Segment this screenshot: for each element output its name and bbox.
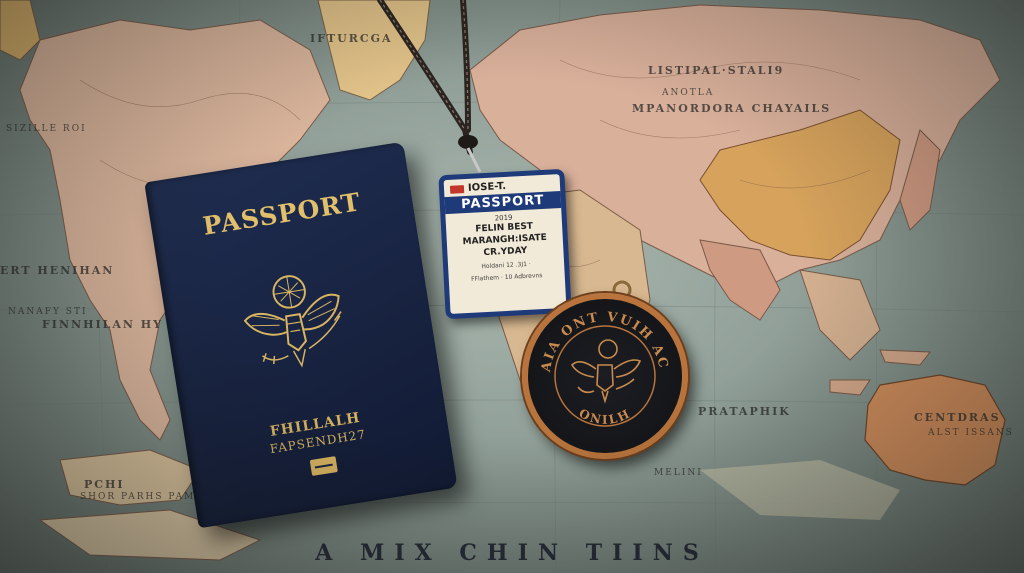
flag-icon bbox=[450, 185, 464, 194]
medallion[interactable]: NIAIA ONT VUIH ACRS ONILH bbox=[522, 293, 688, 459]
medallion-top-text: NIAIA ONT VUIH ACRS bbox=[528, 299, 671, 374]
map-scene: IFTURCGA LISTIPAL·STALI9 ANOTLA MPANORDO… bbox=[0, 0, 1024, 573]
svg-text:NIAIA ONT VUIH ACRS: NIAIA ONT VUIH ACRS bbox=[528, 299, 671, 374]
biometric-chip-icon bbox=[310, 456, 338, 476]
medallion-bottom-text: ONILH bbox=[577, 406, 634, 427]
passport-title: PASSPORT bbox=[150, 179, 413, 249]
eagle-seal-icon bbox=[572, 340, 640, 401]
passport[interactable]: PASSPORT FHILLALH FAPSENDH27 bbox=[144, 142, 458, 529]
map-caption: A MIX CHIN TIINS bbox=[0, 540, 1024, 566]
svg-text:ONILH: ONILH bbox=[577, 406, 634, 427]
tag-footer: FFlathem · 10 Adbrevns bbox=[449, 271, 565, 285]
luggage-tag[interactable]: IOSE-T. PASSPORT 2019 FELIN BEST MARANGH… bbox=[438, 169, 571, 319]
eagle-seal-icon bbox=[233, 262, 367, 391]
tag-header: IOSE-T. bbox=[468, 181, 507, 194]
medallion-face: NIAIA ONT VUIH ACRS ONILH bbox=[528, 299, 682, 453]
